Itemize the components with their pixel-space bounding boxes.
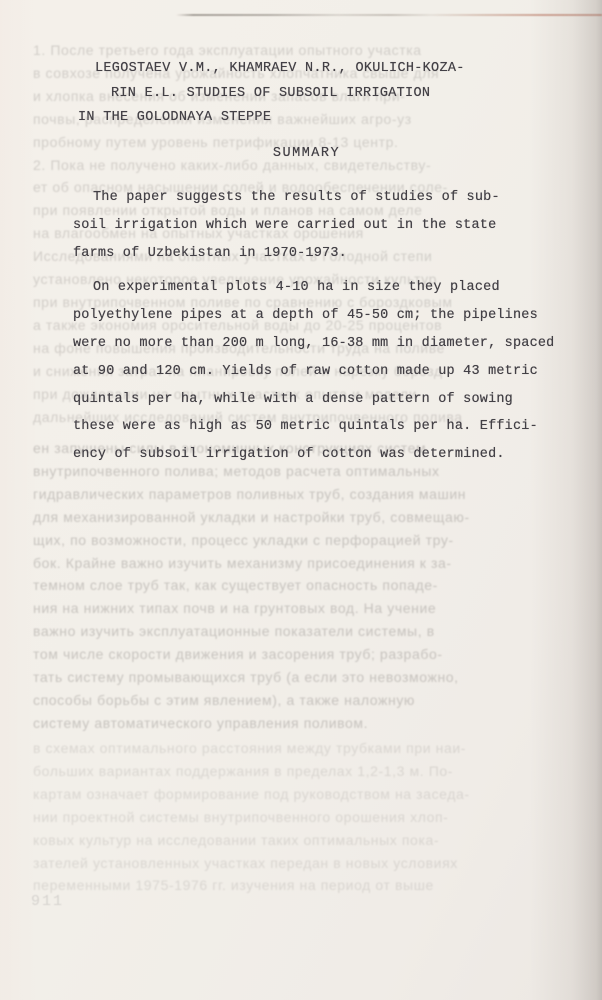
body-line: On experimental plots 4-10 ha in size th… [73, 274, 554, 302]
summary-heading: SUMMARY [73, 146, 540, 161]
body-line: were no more than 200 m long, 16-38 mm i… [73, 330, 554, 358]
body-line: farms of Uzbekistan in 1970-1973. [73, 240, 554, 268]
bleed-through-line: переменными 1975-1976 гг. изучения на пе… [33, 874, 602, 897]
scan-streak-artifact [176, 14, 602, 16]
body-line: at 90 and 120 cm. Yields of raw cotton m… [73, 358, 554, 386]
bleed-through-line: ковых культур на исследовании таких опти… [33, 829, 602, 852]
title-line: IN THE GOLODNAYA STEPPE [78, 106, 465, 131]
body-line: ency of subsoil irrigation of cotton was… [73, 441, 554, 469]
bleed-through-line: нии проектной системы внутрипочвенного о… [33, 806, 602, 829]
bleed-through-text-lower: в схемах оптимального расстояния между т… [33, 737, 602, 897]
bleed-through-line: зателей установленных участках передан в… [33, 852, 602, 875]
bleed-through-line: способы борьбы с этим явлением), а также… [33, 689, 602, 712]
bleed-through-line: картам означает формирование под руковод… [33, 783, 602, 806]
bleed-through-line: том числе скорости движения и засорения … [33, 643, 602, 666]
bleed-through-line: систему автоматического управления полив… [33, 712, 602, 735]
title-line: LEGOSTAEV V.M., KHAMRAEV N.R., OKULICH-K… [78, 57, 465, 82]
bleed-through-line: важно изучить эксплуатационные показател… [33, 620, 602, 643]
bleed-through-line: в схемах оптимального расстояния между т… [33, 737, 602, 760]
page-number-bleed-through: 911 [31, 893, 64, 910]
bleed-through-line: тать систему промывающихся труб (а если … [33, 666, 602, 689]
bleed-through-line: ния на нижних типах почв и на грунтовых … [33, 597, 602, 620]
body-line: soil irrigation which were carried out i… [73, 212, 554, 240]
body-line: The paper suggests the results of studie… [73, 184, 554, 212]
title-line: RIN E.L. STUDIES OF SUBSOIL IRRIGATION [78, 82, 465, 107]
body-line: these were as high as 50 metric quintals… [73, 413, 554, 441]
bleed-through-line: больших вариантах поддержания в пределах… [33, 760, 602, 783]
summary-body: The paper suggests the results of studie… [73, 184, 554, 469]
bleed-through-line: темном слое труб так, как существует опа… [33, 574, 602, 597]
scanned-book-page: 1. После третьего года эксплуатации опыт… [0, 0, 602, 1000]
body-line: quintals per ha, while with a dense patt… [73, 386, 554, 414]
bleed-through-line: гидравлических параметров поливных труб,… [33, 483, 602, 506]
article-title: LEGOSTAEV V.M., KHAMRAEV N.R., OKULICH-K… [78, 57, 465, 131]
bleed-through-line: для механизированной укладки и настройки… [33, 506, 602, 529]
bleed-through-line: щих, по возможности, процесс укладки с п… [33, 529, 602, 552]
bleed-through-line: бок. Крайне важно изучить механизму прис… [33, 552, 602, 575]
bleed-through-text-middle: ен запущены силы в экономичных конструкц… [33, 437, 602, 735]
body-line: polyethylene pipes at a depth of 45-50 c… [73, 302, 554, 330]
